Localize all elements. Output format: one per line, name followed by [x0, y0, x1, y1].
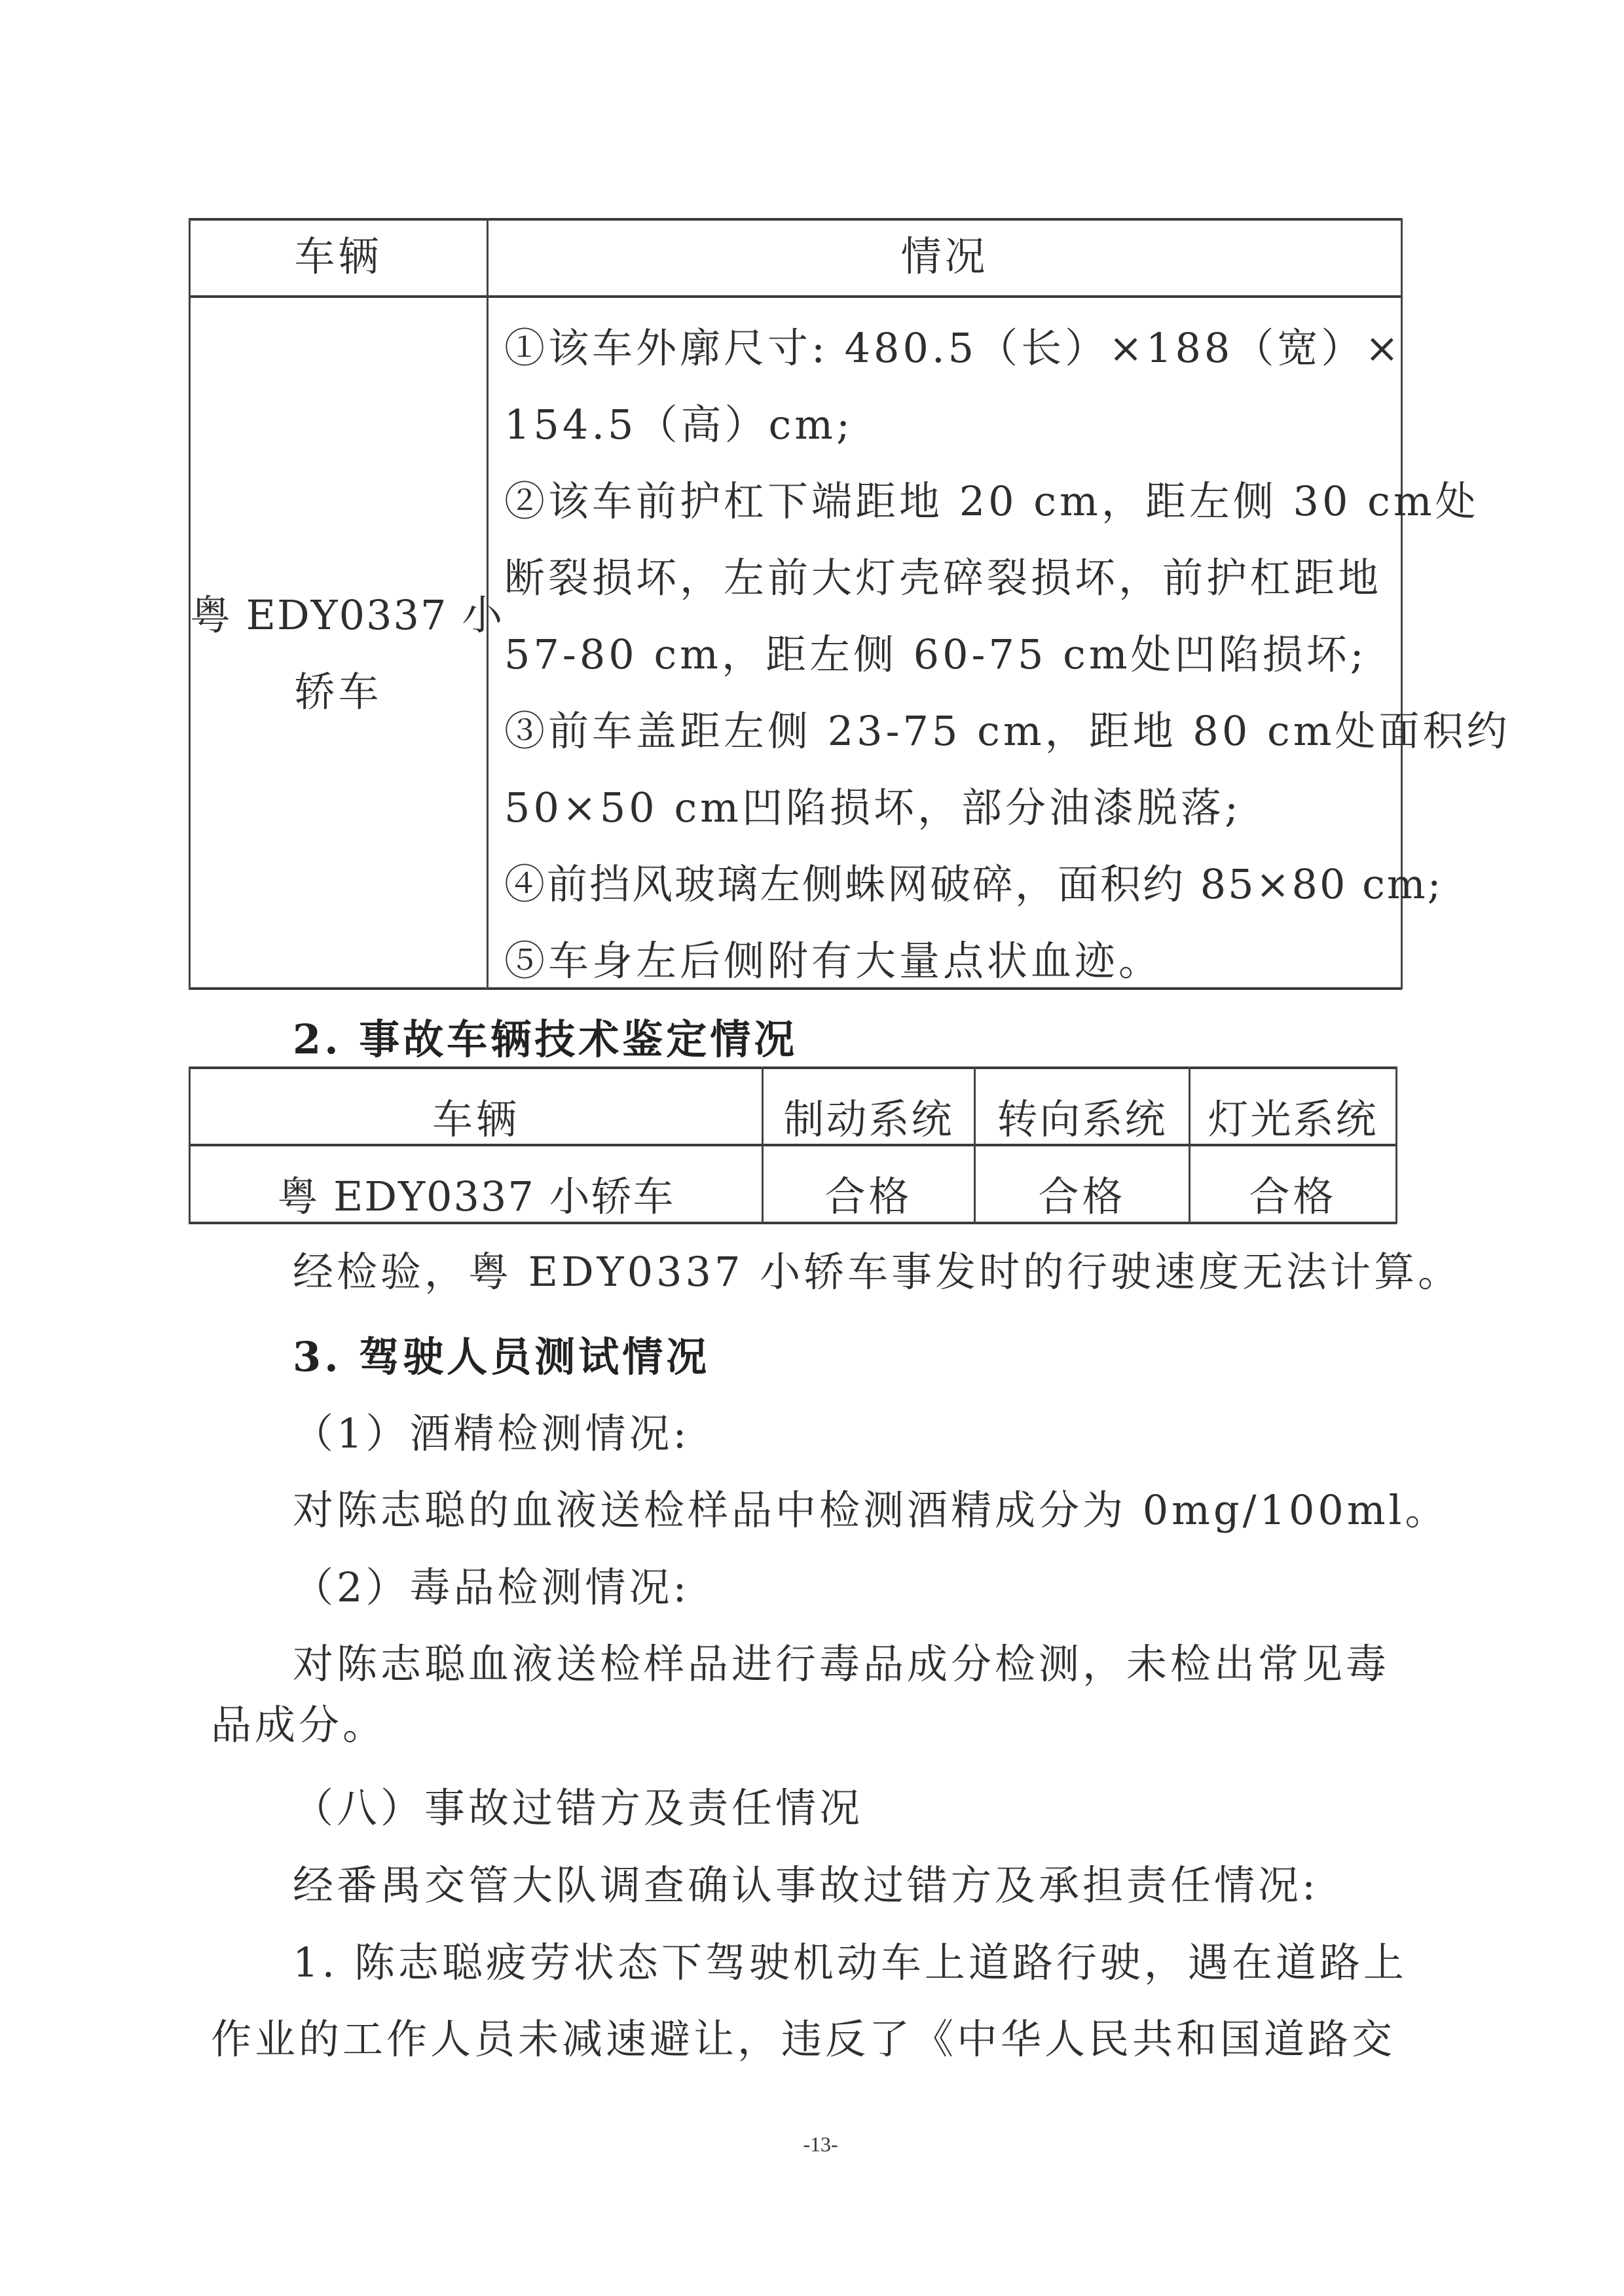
drug-test-heading: （2）毒品检测情况: — [293, 1565, 690, 1611]
table2-header-vehicle: 车辆 — [191, 1097, 762, 1142]
responsibility-item-1-line-1: 1. 陈志聪疲劳状态下驾驶机动车上道路行驶，遇在道路上 — [293, 1940, 1407, 1986]
section-heading-vehicle-inspection: 2. 事故车辆技术鉴定情况 — [293, 1017, 798, 1063]
alcohol-test-heading: （1）酒精检测情况: — [293, 1411, 690, 1457]
section-heading-responsibility: （八）事故过错方及责任情况 — [293, 1785, 863, 1831]
damage-line-9: ⑤车身左后侧附有大量点状血迹。 — [504, 938, 1162, 984]
damage-line-8: ④前挡风玻璃左侧蛛网破碎，面积约 85×80 cm; — [504, 862, 1443, 907]
damage-line-6: ③前车盖距左侧 23-75 cm，距地 80 cm处面积约 — [504, 708, 1511, 754]
table1-header-situation: 情况 — [489, 234, 1401, 280]
responsibility-intro: 经番禺交管大队调查确认事故过错方及承担责任情况: — [293, 1863, 1319, 1908]
table2-row-steering-result: 合格 — [976, 1174, 1189, 1220]
table1-top-border — [189, 218, 1402, 221]
table1-vehicle-plate: 粤 EDY0337 小 — [190, 592, 487, 638]
table2-row-lighting-result: 合格 — [1190, 1174, 1395, 1220]
table2-middle-border — [189, 1144, 1397, 1146]
responsibility-item-1-line-2: 作业的工作人员未减速避让，违反了《中华人民共和国道路交 — [211, 2016, 1395, 2062]
speed-note: 经检验，粤 EDY0337 小轿车事发时的行驶速度无法计算。 — [293, 1249, 1462, 1295]
damage-line-5: 57-80 cm，距左侧 60-75 cm处凹陷损坏; — [504, 632, 1367, 678]
damage-line-7: 50×50 cm凹陷损坏，部分油漆脱落; — [504, 785, 1242, 831]
table1-vehicle-type: 轿车 — [190, 669, 487, 715]
damage-line-3: ②该车前护杠下端距地 20 cm，距左侧 30 cm处 — [504, 479, 1479, 524]
damage-line-2: 154.5（高）cm; — [504, 402, 853, 448]
alcohol-test-result: 对陈志聪的血液送检样品中检测酒精成分为 0mg/100ml。 — [293, 1487, 1449, 1533]
damage-line-4: 断裂损坏，左前大灯壳碎裂损坏，前护杠距地 — [504, 555, 1382, 601]
section-heading-driver-tests: 3. 驾驶人员测试情况 — [293, 1334, 710, 1380]
table2-bottom-border — [189, 1222, 1397, 1224]
table2-row-vehicle: 粤 EDY0337 小轿车 — [191, 1174, 762, 1220]
table2-right-border — [1395, 1066, 1397, 1224]
table2-header-steering: 转向系统 — [976, 1097, 1189, 1142]
drug-test-result-line-1: 对陈志聪血液送检样品进行毒品成分检测，未检出常见毒 — [293, 1641, 1390, 1687]
table1-header-vehicle: 车辆 — [190, 234, 487, 280]
table2-header-brake: 制动系统 — [764, 1097, 974, 1142]
table1-header-border — [189, 295, 1402, 298]
damage-line-1: ①该车外廓尺寸: 480.5（长）×188（宽）× — [504, 325, 1402, 371]
table2-top-border — [189, 1066, 1397, 1069]
table2-row-brake-result: 合格 — [764, 1174, 974, 1220]
table2-header-lighting: 灯光系统 — [1190, 1097, 1395, 1142]
table1-bottom-border — [189, 987, 1402, 990]
drug-test-result-line-2: 品成分。 — [211, 1702, 386, 1748]
page-number: -13- — [755, 2132, 886, 2156]
